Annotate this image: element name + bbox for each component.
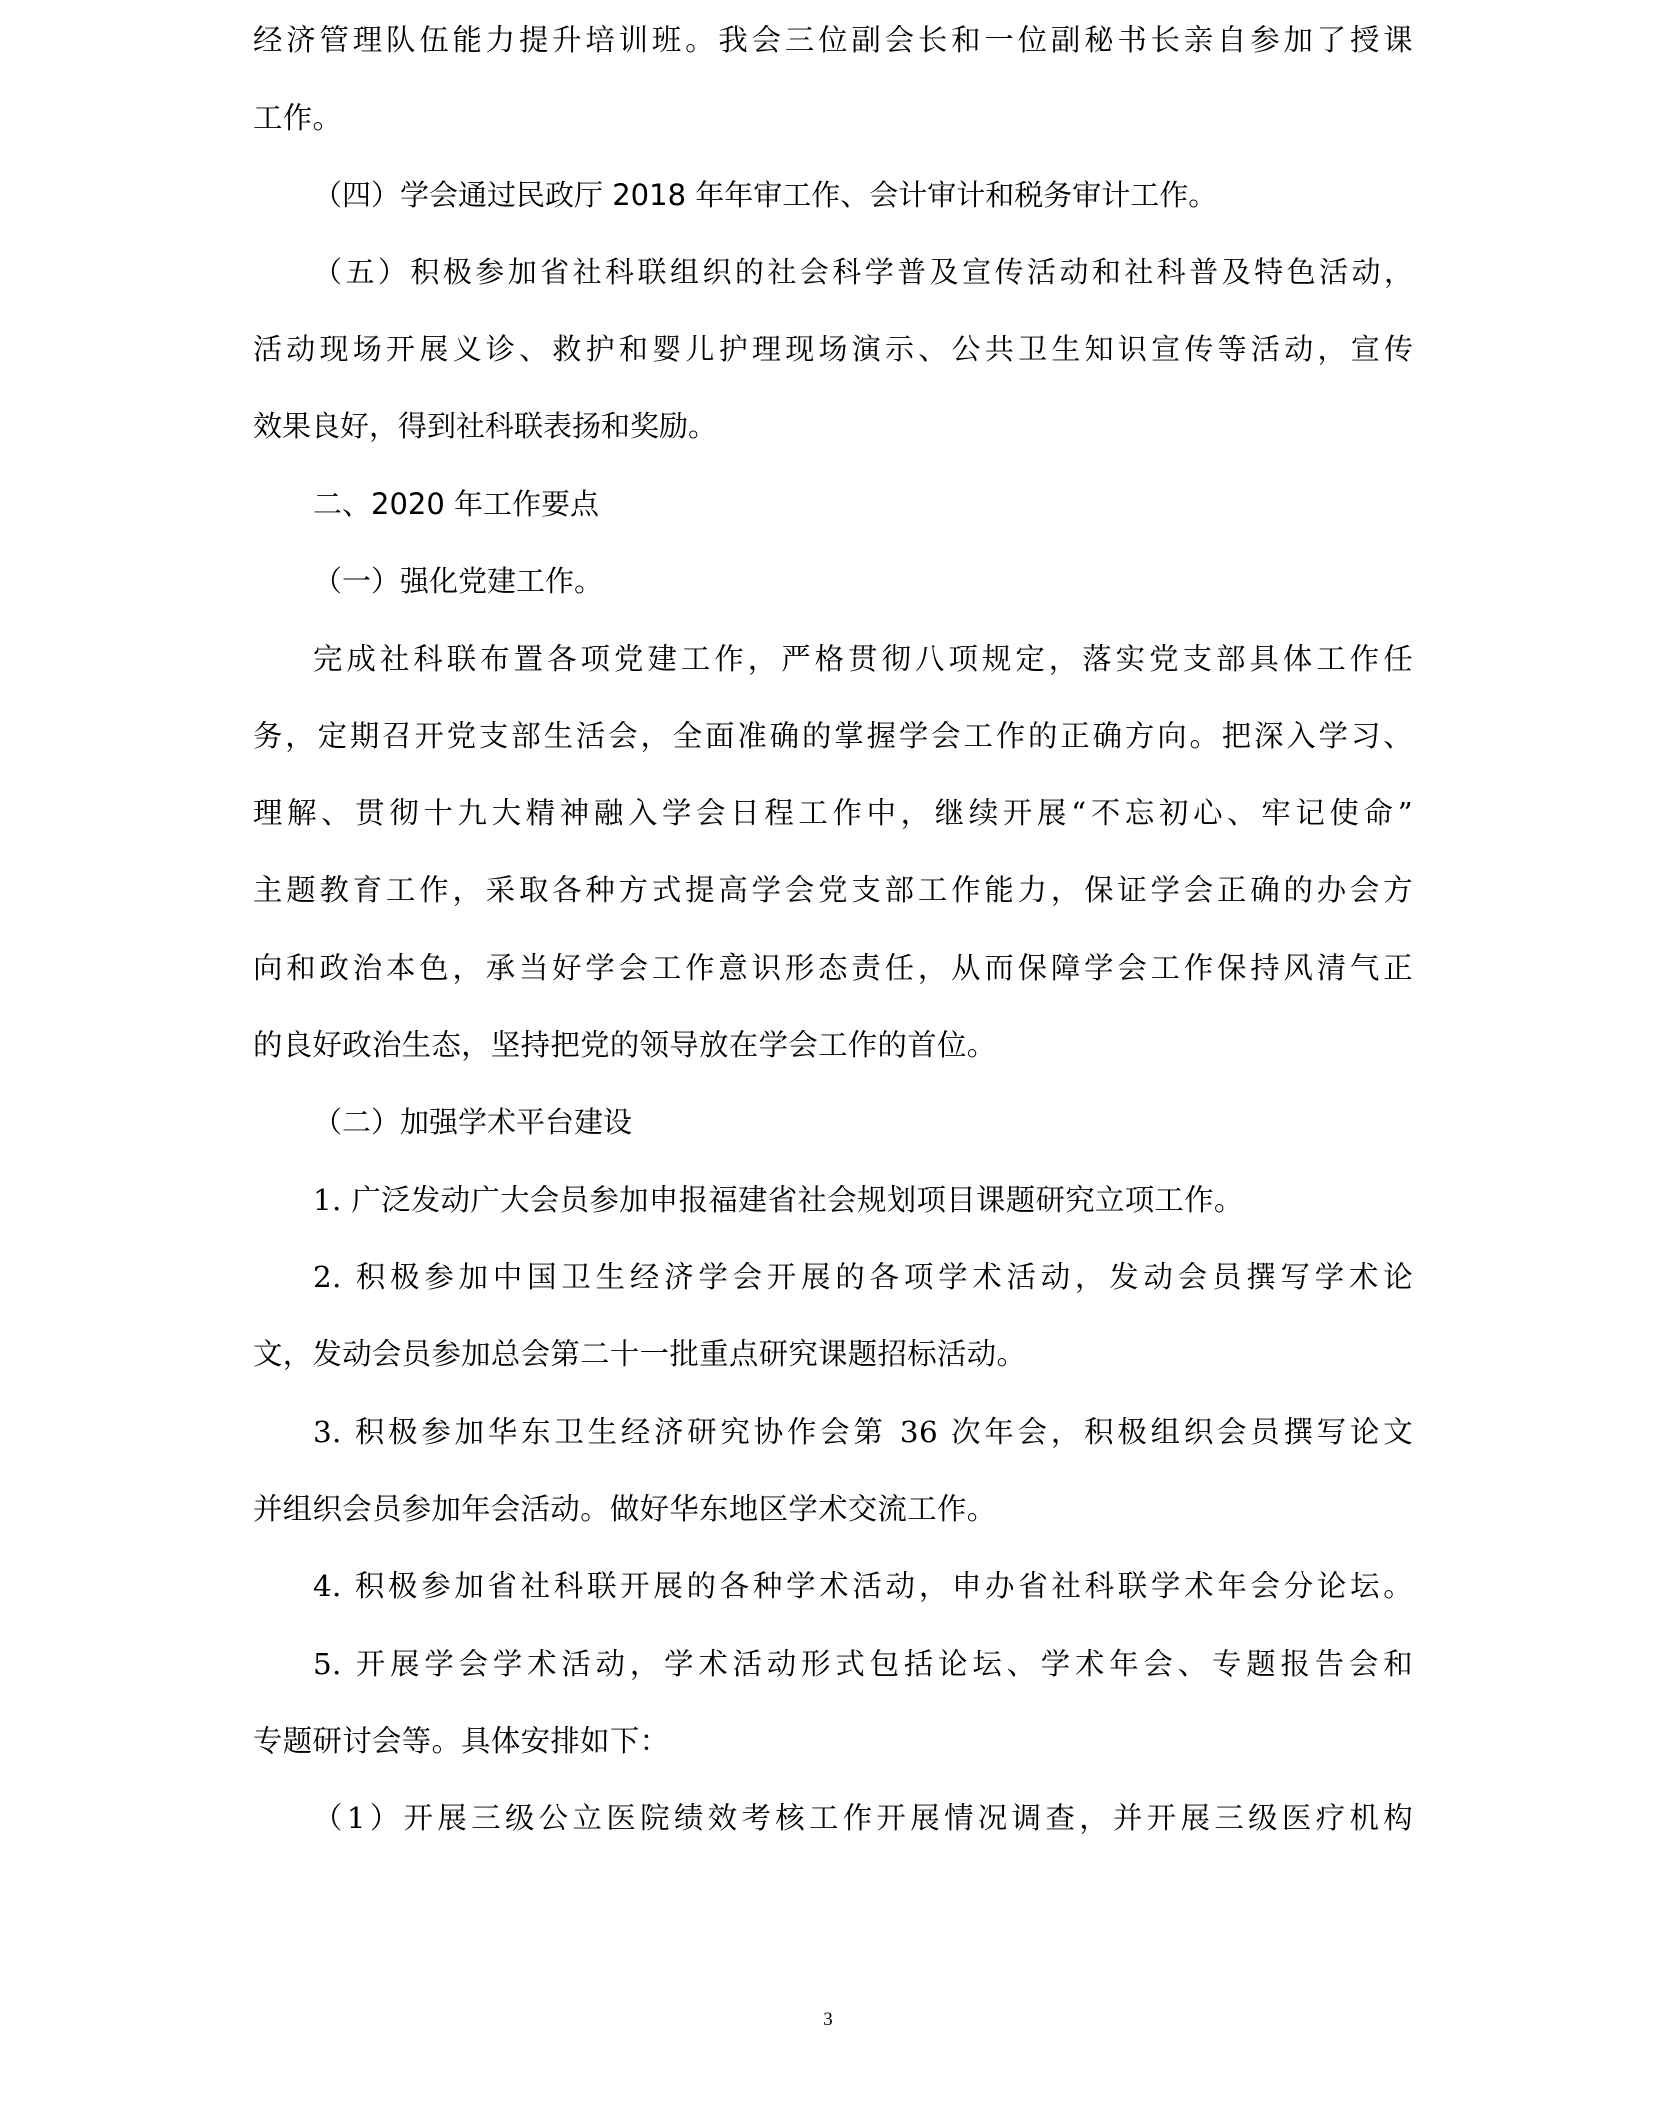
text-line: 的良好政治生态，坚持把党的领导放在学会工作的首位。 — [253, 1015, 1413, 1075]
text-line: 并组织会员参加年会活动。做好华东地区学术交流工作。 — [253, 1479, 1413, 1539]
heading-line: 活动现场开展义诊、救护和婴儿护理现场演示、公共卫生知识宣传等活动，宣传 — [253, 319, 1413, 379]
text-line: 3. 积极参加华东卫生经济研究协作会第 36 次年会，积极组织会员撰写论文 — [313, 1402, 1413, 1462]
text-line: 完成社科联布置各项党建工作，严格贯彻八项规定，落实党支部具体工作任 — [313, 629, 1413, 689]
heading-line: （五）积极参加省社科联组织的社会科学普及宣传活动和社科普及特色活动， — [313, 242, 1413, 302]
text-line: 向和政治本色，承当好学会工作意识形态责任，从而保障学会工作保持风清气正 — [253, 938, 1413, 998]
text-line: 务，定期召开党支部生活会，全面准确的掌握学会工作的正确方向。把深入学习、 — [253, 706, 1413, 766]
document-page: 经济管理队伍能力提升培训班。我会三位副会长和一位副秘书长亲自参加了授课工作。（四… — [0, 0, 1653, 2126]
text-line: 理解、贯彻十九大精神融入学会日程工作中，继续开展“不忘初心、牢记使命” — [253, 783, 1413, 843]
heading-line: 效果良好，得到社科联表扬和奖励。 — [253, 396, 1413, 456]
text-line: 4. 积极参加省社科联开展的各种学术活动，申办省社科联学术年会分论坛。 — [313, 1556, 1413, 1616]
text-line: 经济管理队伍能力提升培训班。我会三位副会长和一位副秘书长亲自参加了授课 — [253, 10, 1413, 70]
text-line: 主题教育工作，采取各种方式提高学会党支部工作能力，保证学会正确的办会方 — [253, 860, 1413, 920]
heading-line: （二）加强学术平台建设 — [313, 1092, 1413, 1152]
text-line: （1）开展三级公立医院绩效考核工作开展情况调查，并开展三级医疗机构 — [313, 1788, 1413, 1848]
text-line: 2. 积极参加中国卫生经济学会开展的各项学术活动，发动会员撰写学术论 — [313, 1247, 1413, 1307]
page-number: 3 — [816, 2006, 840, 2034]
text-line: 1. 广泛发动广大会员参加申报福建省社会规划项目课题研究立项工作。 — [313, 1170, 1413, 1230]
heading-line: （一）强化党建工作。 — [313, 551, 1413, 611]
text-line: 5. 开展学会学术活动，学术活动形式包括论坛、学术年会、专题报告会和 — [313, 1634, 1413, 1694]
heading-line: （四）学会通过民政厅 2018 年年审工作、会计审计和税务审计工作。 — [313, 165, 1413, 225]
text-line: 文，发动会员参加总会第二十一批重点研究课题招标活动。 — [253, 1324, 1413, 1384]
text-line: 工作。 — [253, 88, 1413, 148]
heading-line: 二、2020 年工作要点 — [313, 474, 1413, 534]
text-line: 专题研讨会等。具体安排如下： — [253, 1711, 1413, 1771]
